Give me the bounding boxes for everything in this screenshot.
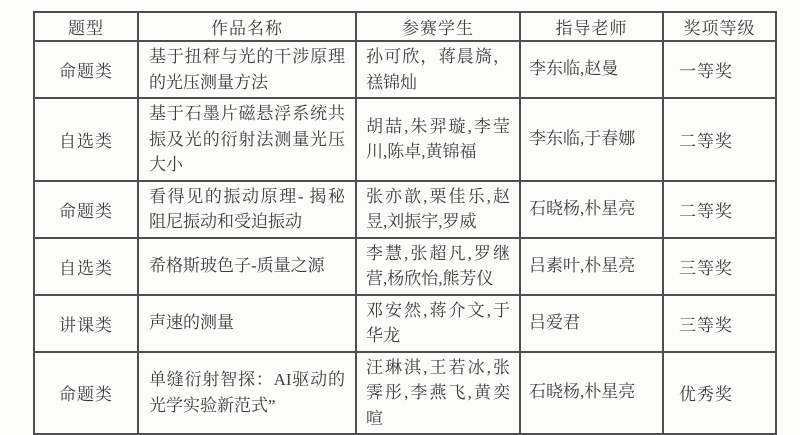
cell-teachers: 石晓杨,朴星亮 <box>520 352 663 419</box>
cell-category: 自选类 <box>34 98 138 181</box>
table-row: 自选类 基于石墨片磁悬浮系统共振及光的衍射法测量光压大小 胡喆,朱羿璇,李莹川,… <box>34 98 776 181</box>
cell-category: 讲课类 <box>34 295 138 352</box>
cell-students: 李慧,张超凡,罗继营,杨欣怡,熊芳仪 <box>356 238 520 295</box>
col-header-students: 参赛学生 <box>356 12 520 41</box>
cell-title: 看得见的振动原理- 揭秘阻尼振动和受迫振动 <box>138 181 356 238</box>
cell-category: 命题类 <box>34 352 138 419</box>
cell-title: 希格斯玻色子-质量之源 <box>138 238 356 295</box>
cell-title: 基于扭秤与光的干涉原理的光压测量方法 <box>138 41 356 98</box>
table-row: 讲课类 声速的测量 邓安然,蒋介文,于华龙 吕爱君 三等奖 <box>34 295 776 352</box>
cell-category: 自选类 <box>34 238 138 295</box>
cell-award: 三等奖 <box>663 238 776 295</box>
cell-title: 单缝衍射智探：AI驱动的光学实验新范式” <box>138 352 356 419</box>
cell-award: 二等奖 <box>663 181 776 238</box>
cell-title: 基于石墨片磁悬浮系统共振及光的衍射法测量光压大小 <box>138 98 356 181</box>
cell-category: 命题类 <box>34 181 138 238</box>
cell-award: 一等奖 <box>663 41 776 98</box>
cell-teachers: 吕素叶,朴星亮 <box>520 238 663 295</box>
cell-students: 汪琳淇,王若冰,张霁彤,李燕飞,黄奕喧 <box>356 352 520 419</box>
award-results-table: 题型 作品名称 参赛学生 指导老师 奖项等级 命题类 基于扭秤与光的干涉原理的光… <box>33 11 777 418</box>
col-header-title: 作品名称 <box>138 12 356 41</box>
cell-category: 命题类 <box>34 41 138 98</box>
cell-teachers: 吕爱君 <box>520 295 663 352</box>
cell-award: 二等奖 <box>663 98 776 181</box>
cell-award: 三等奖 <box>663 295 776 352</box>
table-row: 命题类 基于扭秤与光的干涉原理的光压测量方法 孙可欣，蒋晨旖，禚锦灿 李东临,赵… <box>34 41 776 98</box>
col-header-teachers: 指导老师 <box>520 12 663 41</box>
cell-teachers: 李东临,于春娜 <box>520 98 663 181</box>
cell-students: 孙可欣，蒋晨旖，禚锦灿 <box>356 41 520 98</box>
header-row: 题型 作品名称 参赛学生 指导老师 奖项等级 <box>34 12 776 41</box>
cell-teachers: 李东临,赵曼 <box>520 41 663 98</box>
cell-students: 张亦歆,栗佳乐,赵昱,刘振宇,罗威 <box>356 181 520 238</box>
cell-title: 声速的测量 <box>138 295 356 352</box>
cell-students: 邓安然,蒋介文,于华龙 <box>356 295 520 352</box>
cell-teachers: 石晓杨,朴星亮 <box>520 181 663 238</box>
col-header-award: 奖项等级 <box>663 12 776 41</box>
table-row: 命题类 单缝衍射智探：AI驱动的光学实验新范式” 汪琳淇,王若冰,张霁彤,李燕飞… <box>34 352 776 419</box>
table-row: 自选类 希格斯玻色子-质量之源 李慧,张超凡,罗继营,杨欣怡,熊芳仪 吕素叶,朴… <box>34 238 776 295</box>
cell-students: 胡喆,朱羿璇,李莹川,陈卓,黄锦福 <box>356 98 520 181</box>
table-row: 命题类 看得见的振动原理- 揭秘阻尼振动和受迫振动 张亦歆,栗佳乐,赵昱,刘振宇… <box>34 181 776 238</box>
cell-award: 优秀奖 <box>663 352 776 419</box>
col-header-category: 题型 <box>34 12 138 41</box>
